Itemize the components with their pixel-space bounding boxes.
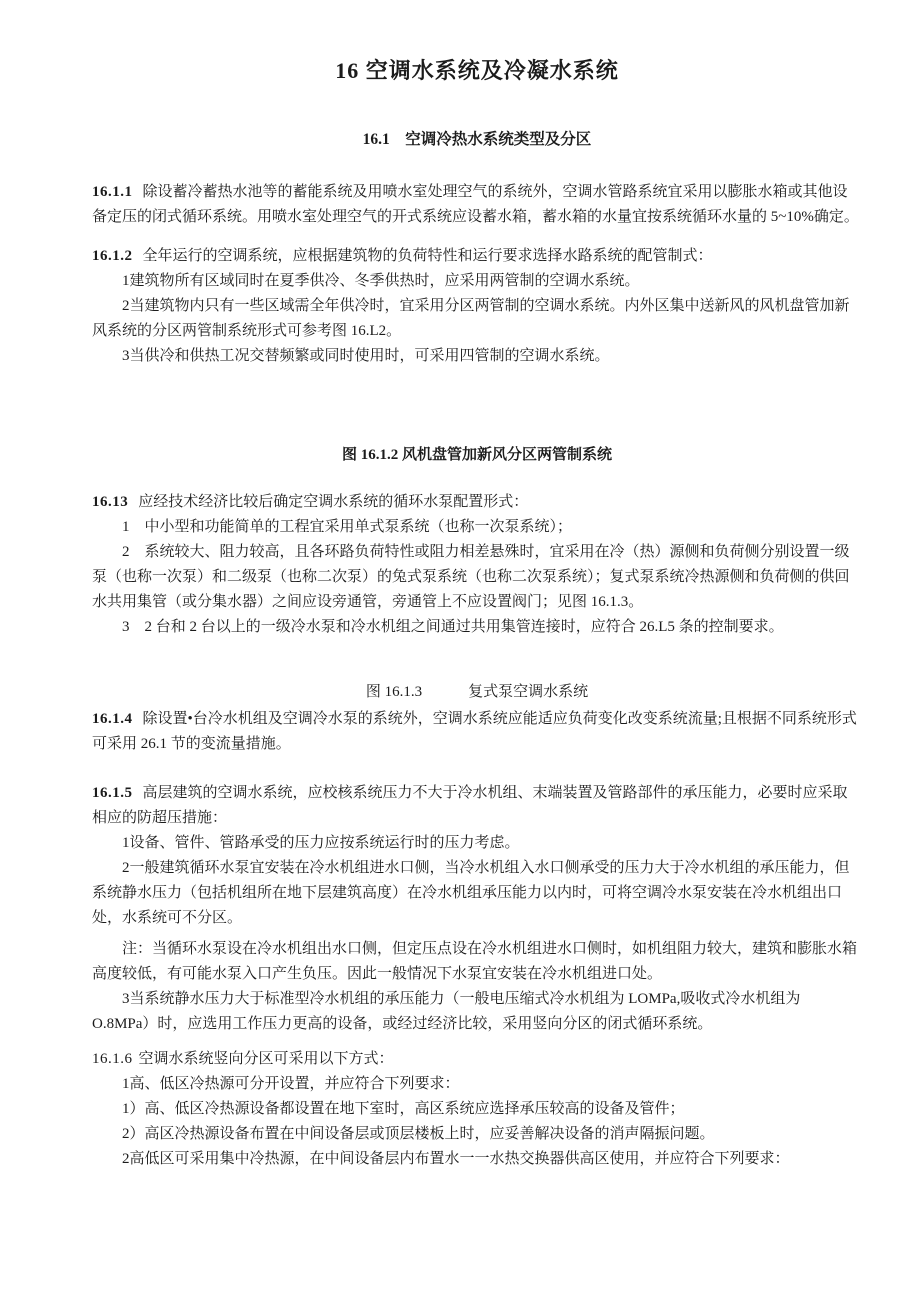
list-item: 1设备、管件、管路承受的压力应按系统运行时的压力考虑。 [92, 831, 862, 856]
figure-caption-16-1-2: 图 16.1.2 风机盘管加新风分区两管制系统 [92, 443, 862, 468]
figure-caption-16-1-3: 图 16.1.3复式泵空调水系统 [92, 680, 862, 705]
clause-lead: 16.1.6空调水系统竖向分区可采用以下方式： [92, 1047, 862, 1072]
clause-text: 除设蓄冷蓄热水池等的蓄能系统及用喷水室处理空气的系统外，空调水管路系统宜采用以膨… [92, 184, 859, 225]
list-item: 3 2 台和 2 台以上的一级冷水泵和冷水机组之间通过共用集管连接时，应符合 2… [92, 615, 862, 640]
clause-number: 16.1.2 [92, 248, 133, 264]
list-item: 1 中小型和功能简单的工程宜采用单式泵系统（也称一次泵系统）； [92, 515, 862, 540]
clause-lead: 16.13应经技术经济比较后确定空调水系统的循环水泵配置形式： [92, 490, 862, 515]
list-item: 1建筑物所有区域同时在夏季供冷、冬季供热时，应采用两管制的空调水系统。 [92, 269, 862, 294]
clause-16-1-5: 16.1.5高层建筑的空调水系统，应校核系统压力不大于冷水机组、末端装置及管路部… [92, 781, 862, 1037]
clause-text: 全年运行的空调系统，应根据建筑物的负荷特性和运行要求选择水路系统的配管制式： [143, 248, 713, 264]
list-item: 2一般建筑循环水泵宜安装在冷水机组进水口侧，当冷水机组入水口侧承受的压力大于冷水… [92, 856, 862, 931]
clause-lead: 16.1.2全年运行的空调系统，应根据建筑物的负荷特性和运行要求选择水路系统的配… [92, 244, 862, 269]
section-heading-16-1: 16.1 空调冷热水系统类型及分区 [92, 130, 862, 150]
document-title: 16 空调水系统及冷凝水系统 [92, 56, 862, 86]
clause-text: 应经技术经济比较后确定空调水系统的循环水泵配置形式： [138, 494, 528, 510]
list-item: 2）高区冷热源设备布置在中间设备层或顶层楼板上时，应妥善解决设备的消声隔振问题。 [92, 1122, 862, 1147]
clause-16-13: 16.13应经技术经济比较后确定空调水系统的循环水泵配置形式： 1 中小型和功能… [92, 490, 862, 640]
clause-text: 高层建筑的空调水系统，应校核系统压力不大于冷水机组、末端装置及管路部件的承压能力… [92, 785, 848, 826]
clause-number: 16.1.6 [92, 1051, 133, 1067]
clause-number: 16.13 [92, 494, 128, 510]
clause-number: 16.1.1 [92, 184, 133, 200]
list-item: 1）高、低区冷热源设备都设置在地下室时，高区系统应选择承压较高的设备及管件； [92, 1097, 862, 1122]
clause-text: 空调水系统竖向分区可采用以下方式： [139, 1051, 394, 1067]
clause-number: 16.1.4 [92, 711, 133, 727]
clause-number: 16.1.5 [92, 785, 133, 801]
document-page: 16 空调水系统及冷凝水系统 16.1 空调冷热水系统类型及分区 16.1.1除… [0, 0, 920, 1301]
clause-16-1-2: 16.1.2全年运行的空调系统，应根据建筑物的负荷特性和运行要求选择水路系统的配… [92, 244, 862, 369]
list-item: 2高低区可采用集中冷热源，在中间设备层内布置水一一水热交换器供高区使用，并应符合… [92, 1147, 862, 1172]
list-item: 2 系统较大、阻力较高，且各环路负荷特性或阻力相差悬殊时，宜采用在冷（热）源侧和… [92, 540, 862, 615]
figure-caption-label: 图 16.1.3 [366, 684, 422, 700]
clause-16-1-6: 16.1.6空调水系统竖向分区可采用以下方式： 1高、低区冷热源可分开设置，并应… [92, 1047, 862, 1172]
clause-16-1-4: 16.1.4除设置•台冷水机组及空调冷水泵的系统外，空调水系统应能适应负荷变化改… [92, 707, 862, 757]
figure-caption-title: 复式泵空调水系统 [468, 684, 588, 700]
clause-note: 注：当循环水泵设在冷水机组出水口侧，但定压点设在冷水机组进水口侧时，如机组阻力较… [92, 937, 862, 987]
clause-text: 除设置•台冷水机组及空调冷水泵的系统外，空调水系统应能适应负荷变化改变系统流量;… [92, 711, 857, 752]
clause-lead: 16.1.5高层建筑的空调水系统，应校核系统压力不大于冷水机组、末端装置及管路部… [92, 781, 862, 831]
list-item: 3当系统静水压力大于标准型冷水机组的承压能力（一般电压缩式冷水机组为 LOMPa… [92, 987, 862, 1037]
list-item: 1高、低区冷热源可分开设置，并应符合下列要求： [92, 1072, 862, 1097]
list-item: 3当供冷和供热工况交替频繁或同时使用时，可采用四管制的空调水系统。 [92, 344, 862, 369]
list-item: 2当建筑物内只有一些区域需全年供冷时，宜采用分区两管制的空调水系统。内外区集中送… [92, 294, 862, 344]
clause-16-1-1: 16.1.1除设蓄冷蓄热水池等的蓄能系统及用喷水室处理空气的系统外，空调水管路系… [92, 180, 862, 230]
